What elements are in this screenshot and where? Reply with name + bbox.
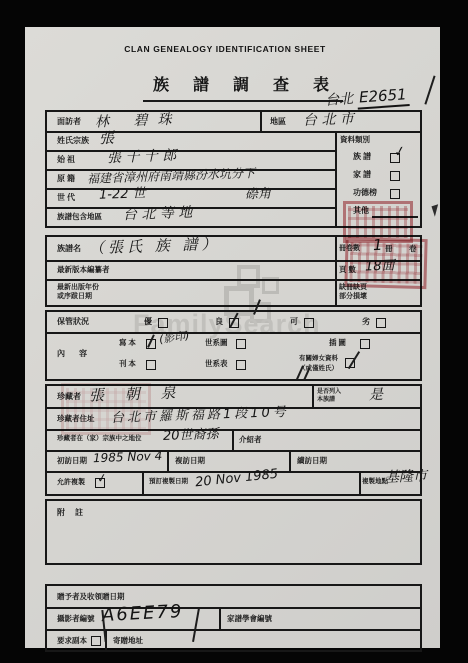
followup-visit-label: 續訪日期 [297,457,327,465]
district-label: 地區 [270,118,286,126]
grid-line [47,332,420,334]
grid-line [167,450,169,471]
category-header: 資料類別 [340,136,370,144]
notes-label: 附 註 [57,509,87,517]
scanned-genealogy-sheet: FamilySearch CLAN GENEALOGY IDENTIFICATI… [0,0,468,663]
printed-label: 刊 本 [119,360,136,368]
pen-stroke [424,76,435,105]
content-label: 內 容 [57,350,93,358]
area-label: 族譜包含地區 [57,213,102,221]
area-value: 台 北 等 地 [123,206,193,222]
red-seal-stamp [344,237,427,289]
copy-date-label: 預訂複製日期 [149,479,188,486]
category-clan-label: 族 譜 [353,153,371,161]
checkbox-cond-poor [376,318,386,328]
listed-label-2: 本族譜 [317,397,335,403]
manuscript-label: 寫 本 [119,339,136,347]
cond-excellent-label: 優 [144,318,152,326]
society-no-label: 家譜學會編號 [227,615,272,623]
publish-year-label-1: 最新出版年份 [57,284,99,291]
lineage-table-label: 世系表 [205,360,228,368]
grid-line [359,471,361,494]
checkbox-copy-request [91,636,101,646]
listed-value: 是 [369,388,383,402]
grid-line [232,429,234,450]
category-merit-label: 功德榜 [353,189,377,197]
page-code-number: E2651 [356,85,409,110]
notes-table: 附 註 [45,499,422,565]
form-title: 族 譜 調 查 表 [143,72,343,102]
condition-table: 保管狀況 優 良 可 劣 內 容 寫 本 (影印) 世系圖 插 圖 刊 本 世系… [45,310,422,381]
keep-condition-label: 保管狀況 [57,318,89,326]
grid-line [335,131,337,226]
checkmark-category-clan: ✓ [393,144,407,160]
generations-extra-value: 磜角 [245,188,271,202]
first-visit-value: 1985 Nov 4 [93,450,163,464]
pen-stroke [192,608,199,642]
genealogy-name-value: （張氏 族 譜） [89,237,221,257]
interviewer-value: 林 碧珠 [95,112,182,129]
grid-line [142,471,144,494]
cond-poor-label: 劣 [362,318,370,326]
women-data-note: （或僅姓氏） [299,366,338,373]
surname-value: 張 [99,131,115,147]
clan-position-label: 珍藏者在（家）宗族中之地位 [57,436,142,443]
missing-label-2: 部分損壞 [339,293,367,300]
checkbox-category-merit [390,189,400,199]
paper-page: FamilySearch CLAN GENEALOGY IDENTIFICATI… [25,27,440,648]
checkbox-cond-excellent [158,318,168,328]
red-seal-stamp [61,383,151,435]
checkbox-lineage-chart [236,339,246,349]
origin-label: 原 籍 [57,175,75,183]
listed-label-1: 是否列入 [317,389,341,395]
interviewer-label: 面訪者 [57,118,81,126]
manuscript-note: (影印) [158,330,190,345]
copy-place-value: 基隆市 [385,469,427,484]
first-visit-label: 初訪日期 [57,457,87,465]
publish-year-label-2: 或序跋日期 [57,293,92,300]
women-data-label: 有關婦女資料 [299,356,338,363]
photographer-no-value: A6EE79 [102,603,184,625]
lineage-chart-label: 世系圖 [205,339,228,347]
english-title: CLAN GENEALOGY IDENTIFICATION SHEET [25,44,425,54]
grid-line [47,150,335,152]
compiler-label: 最新版本編纂者 [57,266,110,274]
grid-line [260,112,262,131]
cond-fair-label: 可 [290,318,298,326]
copy-request-label: 要求副本 [57,637,87,645]
copy-permit-label: 允許複製 [57,479,85,486]
checkmark-copy-permit: ✓ [96,471,108,485]
grid-line [312,386,314,407]
genealogy-name-label: 族譜名 [57,245,81,253]
admin-table: 贈予者及收領贈日期 攝影者編號 A6EE79 家譜學會編號 要求副本 寄贈地址 [45,584,422,652]
ancestor-value: 張 千 十 郎 [107,149,177,165]
clan-position-value: 20世裔孫 [163,428,219,443]
district-value: 台 北 市 [303,112,354,128]
grid-line [47,188,335,190]
mail-address-label: 寄贈地址 [113,637,143,645]
generations-value: 1-22 世 [99,187,146,202]
checkbox-category-family [390,171,400,181]
checkbox-cond-fair [304,318,314,328]
donor-date-label: 贈予者及收領贈日期 [57,593,125,601]
grid-line [335,237,337,305]
grid-line [219,607,221,629]
introducer-label: 介紹者 [239,436,262,444]
checkbox-lineage-table [236,360,246,370]
surname-label: 姓氏宗族 [57,137,89,145]
photographer-label: 攝影者編號 [57,615,95,623]
checkbox-printed [146,360,156,370]
generations-label: 世 代 [57,194,75,202]
ancestor-label: 始 祖 [57,156,75,164]
second-visit-label: 複訪日期 [175,457,205,465]
illustration-label: 插 圖 [329,339,346,347]
cond-good-label: 良 [215,318,223,326]
grid-line [289,450,291,471]
page-code-prefix: 台北 [325,91,354,109]
category-family-label: 家 譜 [353,171,371,179]
checkbox-illustration [360,339,370,349]
